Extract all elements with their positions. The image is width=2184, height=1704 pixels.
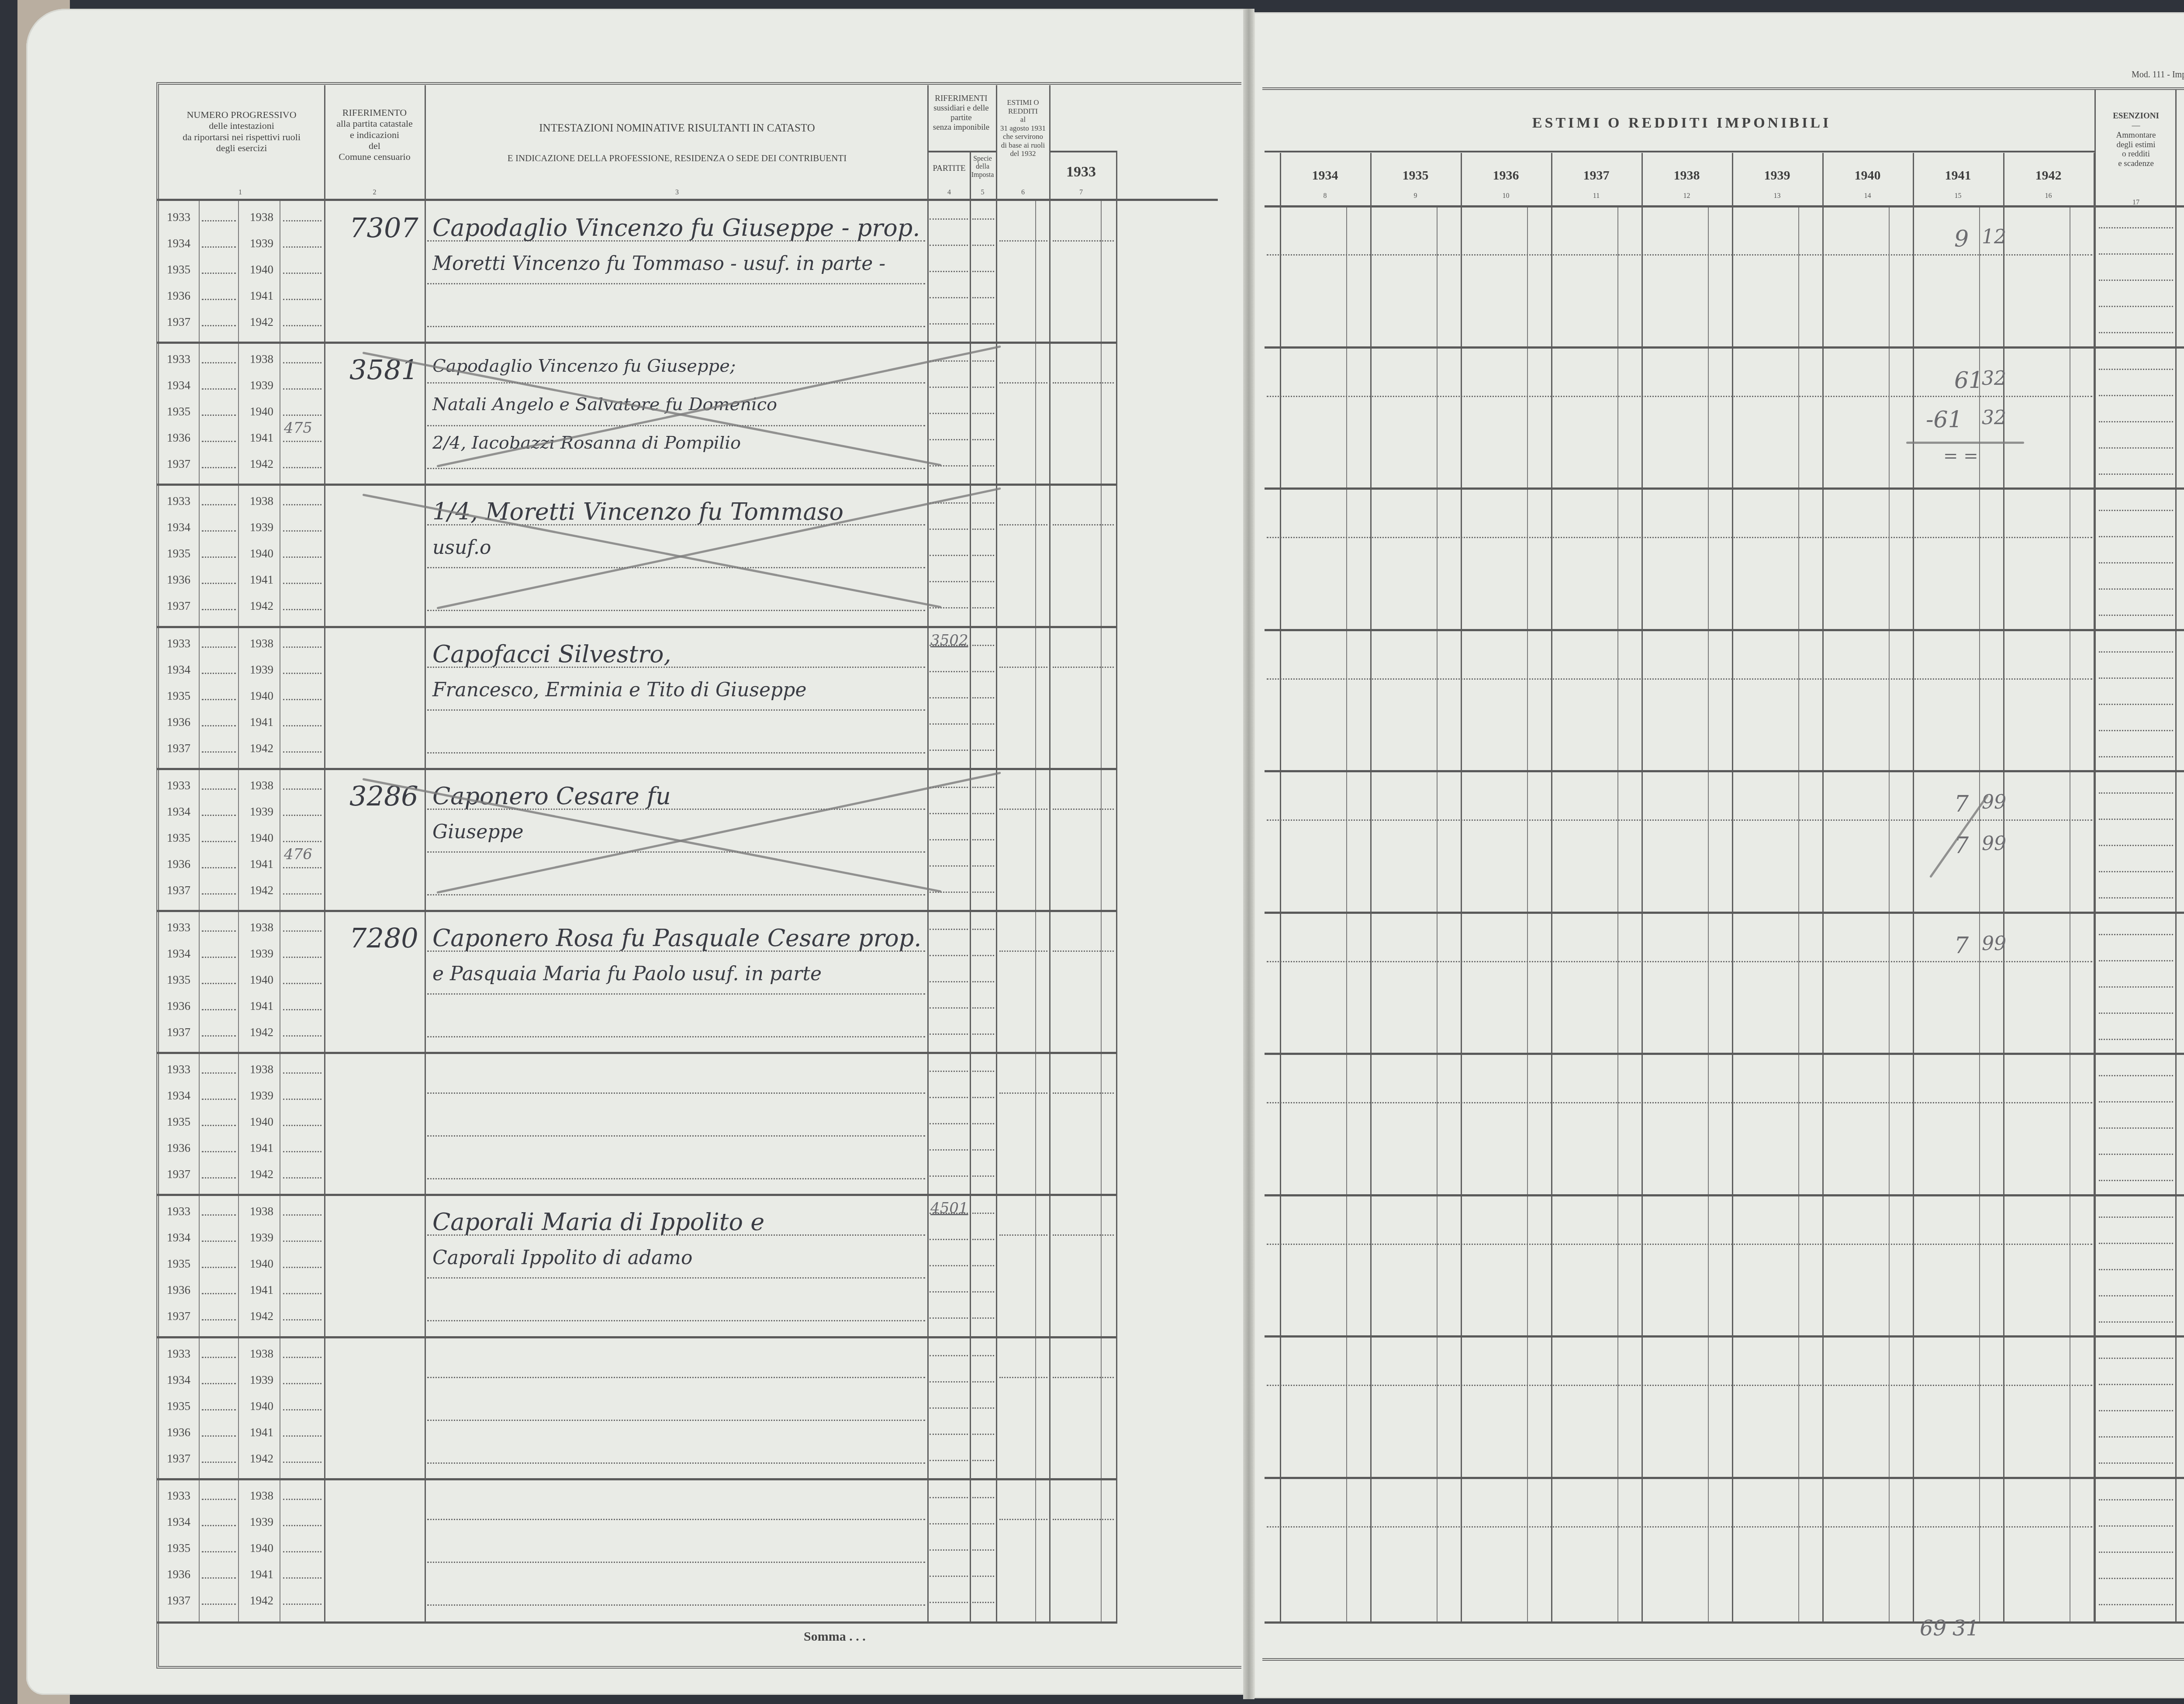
dot-leader [930,1007,968,1009]
dot-leader [283,1499,321,1501]
dot-leader [999,1234,1047,1237]
dot-leader [930,1549,968,1552]
dot-leader [202,893,236,895]
dot-leader [972,1523,994,1525]
year-column-header: 1938 [1641,168,1732,183]
dot-leader [283,983,321,985]
year-label: 1935 [167,831,190,845]
column-number: 11 [1551,192,1641,200]
dot-leader [930,1123,968,1125]
dot-leader [283,415,321,417]
dot-leader [972,1549,994,1552]
dot-leader [2099,1269,2173,1271]
dot-leader [283,788,321,791]
dot-leader [283,1383,321,1385]
dot-leader [283,867,321,869]
header-title: RIFERIMENTI [930,94,993,104]
dot-leader [283,1214,321,1217]
column-number: 9 [1370,192,1461,200]
dot-leader [972,981,994,983]
entry-separator [1265,1335,2184,1338]
dot-leader [202,699,236,701]
dot-leader [2099,447,2173,449]
dot-leader [930,465,968,467]
year-label: 1934 [167,805,190,819]
year-label: 1937 [167,1310,190,1323]
header-line: senza imponibile [930,123,993,132]
dot-leader [202,299,236,301]
year-label: 1941 [250,1283,273,1297]
dot-leader [202,1435,236,1438]
header-line: da riportarsi nei rispettivi ruoli [161,131,322,142]
year-label: 1939 [250,521,273,534]
dot-leader [930,323,968,325]
dot-leader [1053,1234,1114,1237]
dot-leader [283,1151,321,1153]
year-label: 1937 [167,884,190,897]
entry-separator [1265,770,2184,772]
dot-leader [972,1602,994,1604]
entry-separator [1265,1053,2184,1055]
year-label: 1939 [250,1089,273,1103]
dot-leader [202,362,236,364]
ruling-line [427,610,925,612]
year-label: 1936 [167,1283,190,1297]
ruling-line [1267,537,2092,539]
dot-leader [202,1357,236,1359]
dot-leader [2099,1384,2173,1386]
year-label: 1936 [167,715,190,729]
year-label: 1938 [250,1347,273,1361]
owner-name-line: Caponero Rosa fu Pasquale Cesare prop. [432,924,921,952]
dot-leader [2099,280,2173,282]
column-number: 3 [426,189,928,197]
dot-leader [930,1033,968,1036]
ruling-line [1267,396,2092,398]
dot-leader [202,415,236,417]
dot-leader [2099,871,2173,873]
year-label: 1936 [167,289,190,303]
year-label: 1942 [250,1594,273,1607]
header-sub-rule [928,151,996,152]
dot-leader [2099,960,2173,962]
year-label: 1942 [250,599,273,613]
dot-leader [283,556,321,559]
dot-leader [930,697,968,699]
dot-leader [283,957,321,959]
dot-leader [202,1551,236,1553]
header-line: che servirono [997,132,1049,141]
dot-leader [202,1319,236,1321]
year-label: 1940 [250,1115,273,1129]
dot-leader [283,1577,321,1580]
ruling-line [1267,1102,2092,1104]
dot-leader [930,245,968,247]
dot-leader [283,1357,321,1359]
header-line: 31 agosto 1931 [997,124,1049,133]
dot-leader [2099,1101,2173,1103]
dot-leader [283,1009,321,1011]
ruling-line [427,326,925,328]
dot-leader [2099,651,2173,653]
dot-leader [202,1099,236,1101]
year-label: 1936 [167,1568,190,1581]
dot-leader [930,413,968,415]
header-estimi-redditi-imponibili: ESTIMI O REDDITI IMPONIBILI [1267,114,2097,131]
ruling-line [427,1320,925,1322]
dot-leader [202,1177,236,1179]
year-label: 1938 [250,1205,273,1218]
dot-leader [283,646,321,649]
year-col-divider [1551,153,1552,1623]
dot-leader [283,1551,321,1553]
dot-leader [283,1177,321,1179]
header-line: del [325,140,424,151]
dot-leader [2099,1295,2173,1297]
owner-name-line: 2/4, Iacobazzi Rosanna di Pompilio [432,433,741,453]
dot-leader [972,1576,994,1578]
year-label: 1942 [250,315,273,329]
dot-leader [202,1214,236,1217]
year-label: 1934 [167,1231,190,1244]
year-label: 1940 [250,547,273,560]
header-annotazioni: ANNOTAZIONI [2177,144,2184,157]
year-label: 1941 [250,573,273,587]
year-label: 1940 [250,263,273,277]
dot-leader [972,1097,994,1099]
ruling-line [1267,1244,2092,1246]
dot-leader [202,467,236,469]
year-label: 1933 [167,921,190,934]
header-line: o redditi [2097,149,2175,159]
dot-leader [2099,986,2173,989]
dot-leader [283,1604,321,1606]
dot-leader [283,1435,321,1438]
dot-leader [930,865,968,868]
dot-leader [972,1033,994,1036]
dot-leader [202,867,236,869]
column-number: 14 [1822,192,1913,200]
dot-leader [972,697,994,699]
year-label: 1935 [167,547,190,560]
dot-leader [930,981,968,983]
dot-leader [2099,792,2173,795]
dot-leader [972,1407,994,1410]
dot-leader [930,1460,968,1462]
year-label: 1938 [250,1063,273,1076]
year-label: 1935 [167,263,190,277]
dot-leader [202,1009,236,1011]
dot-leader [930,1497,968,1499]
dot-leader [202,246,236,249]
year-column-header: 1939 [1732,168,1822,183]
cent-divider [1889,207,1890,1623]
year-label: 1938 [250,211,273,224]
dot-leader [1053,951,1114,953]
year-label: 1939 [250,1373,273,1387]
dot-leader [930,1071,968,1073]
dot-leader [1053,240,1114,242]
right-table-frame [1262,87,2184,1661]
dot-leader [972,387,994,389]
year-label: 1936 [167,999,190,1013]
dot-leader [972,892,994,894]
dot-leader [283,725,321,727]
year-label: 1933 [167,779,190,792]
dot-leader [972,1317,994,1320]
year-label: 1941 [250,1141,273,1155]
partita-number: 3286 [349,780,418,812]
year-label: 1940 [250,1257,273,1271]
dot-leader [972,1071,994,1073]
year-label: 1940 [250,1542,273,1555]
dot-leader [930,839,968,841]
header-riferimento: RIFERIMENTO alla partita catastale e ind… [325,107,424,162]
dot-leader [2099,1578,2173,1580]
dot-leader [972,1239,994,1241]
sum-cent: 31 [1952,1616,1979,1641]
year-label: 1938 [250,353,273,366]
dot-leader [972,645,994,647]
dot-leader [972,1497,994,1499]
year-label: 1941 [250,289,273,303]
subtracted-cent: 32 [1982,407,2006,429]
dot-leader [930,581,968,583]
sum-top-rule [156,1621,1117,1624]
dot-leader [283,1409,321,1411]
dot-leader [930,529,968,531]
dot-leader [202,583,236,585]
dot-leader [2099,1075,2173,1077]
dot-leader [2099,1358,2173,1360]
partita-number: 7307 [349,212,418,244]
side-reference: 475 [284,419,312,437]
dot-leader [202,983,236,985]
dot-leader [202,530,236,532]
dot-leader [972,839,994,841]
dot-leader [930,555,968,557]
ruling-line [427,1277,925,1279]
ruling-line [427,1420,925,1422]
dot-leader [2099,474,2173,476]
dot-leader [930,750,968,752]
year-label: 1934 [167,521,190,534]
year-label: 1934 [167,237,190,250]
dot-leader [283,1267,321,1269]
dot-leader [999,667,1047,669]
dot-leader [930,271,968,273]
year-label: 1942 [250,1026,273,1039]
left-table-frame [156,82,1241,1669]
dot-leader [2099,588,2173,591]
header-line: degli estimi [2097,140,2175,150]
column-number: 6 [997,189,1049,197]
dot-leader [972,813,994,815]
dot-leader [202,957,236,959]
dot-leader [972,750,994,752]
dot-leader [1053,1092,1114,1095]
dot-leader [2099,1410,2173,1412]
year-label: 1939 [250,379,273,392]
col-divider [927,85,929,1623]
sum-label: Somma . . . [804,1629,866,1644]
column-number: 10 [1461,192,1551,200]
column-number: 13 [1732,192,1822,200]
dot-leader [2099,1499,2173,1501]
dot-leader [1053,667,1114,669]
dot-leader [202,673,236,675]
dot-leader [2099,1243,2173,1245]
dot-leader [972,1213,994,1215]
dot-leader [972,413,994,415]
dot-leader [972,360,994,363]
dot-leader [283,609,321,611]
year-label: 1933 [167,1063,190,1076]
dot-leader [930,1149,968,1151]
year-label: 1934 [167,379,190,392]
dot-leader [972,929,994,931]
dot-leader [930,813,968,815]
dot-leader [999,382,1047,384]
column-number: 15 [1913,192,2003,200]
dot-leader [283,325,321,327]
col-divider [970,151,971,1623]
dot-leader [202,1604,236,1606]
ruling-line [427,1604,925,1607]
dot-leader [202,788,236,791]
dot-leader [1053,1519,1114,1521]
entry-separator [1265,1477,2184,1479]
year-label: 1941 [250,857,273,871]
dot-leader [2099,421,2173,423]
column-number: 7 [1051,189,1112,197]
dot-leader [1053,524,1114,526]
year-column-header: 1940 [1822,168,1913,183]
entry-separator [156,1336,1116,1338]
dot-leader [1053,809,1114,811]
dot-leader [283,815,321,817]
dot-leader [283,1099,321,1101]
dot-leader [283,362,321,364]
owner-name-line: Giuseppe [432,821,524,843]
dot-leader [283,1241,321,1243]
dot-leader [972,465,994,467]
value-lire: 61 [1954,367,1983,394]
ref-partite: 4501 [930,1199,968,1217]
dot-leader [930,387,968,389]
year-label: 1941 [250,1426,273,1439]
year-label: 1933 [167,353,190,366]
header-intestazioni: INTESTAZIONI NOMINATIVE RISULTANTI IN CA… [426,122,928,135]
year-label: 1942 [250,1168,273,1181]
dot-leader [972,439,994,441]
year-label: 1940 [250,831,273,845]
year-col-divider [1822,153,1824,1623]
dot-leader [202,751,236,753]
dot-leader [930,297,968,299]
dot-leader [202,1267,236,1269]
header-partite: PARTITE [930,164,969,173]
dot-leader [972,271,994,273]
result-mark: = = [1943,446,1978,466]
dot-leader [283,220,321,222]
year-label: 1939 [250,663,273,677]
col-divider [2175,90,2177,1623]
form-id: Mod. 111 - Imposte Dirette (Intercalare)… [2132,70,2184,80]
dot-leader [2099,756,2173,758]
dot-leader [2099,227,2173,229]
year-label: 1938 [250,637,273,650]
ruling-line [427,851,925,854]
year-column-header: 1936 [1461,168,1551,183]
dot-leader [930,1576,968,1578]
dot-leader [2099,1180,2173,1182]
cent-divider [1798,207,1799,1623]
column-number: 4 [930,189,969,197]
header-line: delle intestazioni [161,120,322,131]
header-title: RIFERIMENTO [325,107,424,118]
cent-divider [1437,207,1438,1623]
ruling-line [427,752,925,754]
dot-leader [2099,536,2173,538]
year-label: 1941 [250,715,273,729]
year-col-divider [1641,153,1643,1623]
dot-leader [2099,819,2173,821]
ruling-line [427,567,925,569]
year-label: 1934 [167,1515,190,1529]
dot-leader [283,504,321,506]
year-label: 1939 [250,237,273,250]
header-line: e indicazioni [325,129,424,140]
year-label: 1942 [250,1310,273,1323]
year-label: 1938 [250,494,273,508]
entry-separator [1265,629,2184,631]
dot-leader [202,1577,236,1580]
dot-leader [2099,1552,2173,1554]
column-number: 16 [2003,192,2094,200]
dot-leader [972,1149,994,1151]
owner-name-line: Francesco, Erminia e Tito di Giuseppe [432,679,806,701]
dot-leader [283,1293,321,1295]
year-label: 1942 [250,457,273,471]
dot-leader [930,892,968,894]
dot-leader [972,1434,994,1436]
ruling-line [427,1178,925,1180]
dot-leader [202,1125,236,1127]
year-label: 1939 [250,1515,273,1529]
dot-leader [2099,934,2173,936]
ruling-line [427,1135,925,1137]
owner-name-line: Moretti Vincenzo fu Tommaso - usuf. in p… [432,252,885,275]
ruling-line [427,1462,925,1465]
cent-divider [1527,207,1528,1623]
owner-name-line: Caporali Ippolito di adamo [432,1247,693,1269]
header-sub-rule [1051,151,1116,152]
dot-leader [930,671,968,673]
year-label: 1937 [167,1168,190,1181]
col-divider [324,85,325,1623]
ruling-line [1267,1385,2092,1387]
header-line: alla partita catastale [325,118,424,129]
owner-name-line: Caporali Maria di Ippolito e [432,1208,764,1236]
year-label: 1938 [250,1489,273,1503]
column-number: 5 [971,189,995,197]
header-line: al [997,115,1049,124]
total-rule [1906,442,2024,444]
year-label: 1938 [250,921,273,934]
ruling-line [1267,961,2092,963]
year-label: 1934 [167,1089,190,1103]
